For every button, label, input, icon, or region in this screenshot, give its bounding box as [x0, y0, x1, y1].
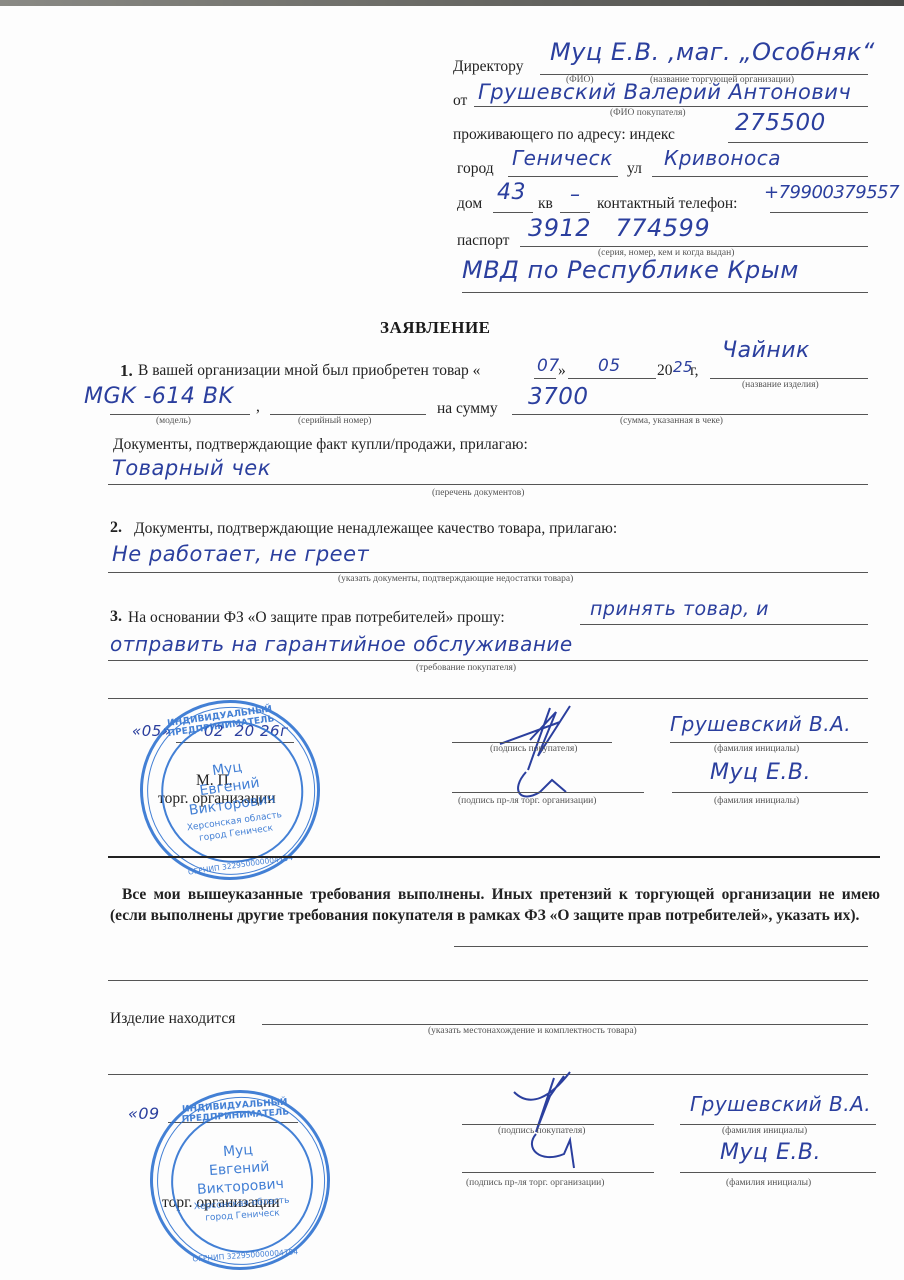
cap-docs: (перечень документов) [432, 488, 524, 498]
passport-label: паспорт [457, 232, 509, 250]
seller-name: Муц Е.В. [710, 760, 811, 785]
cap-buyer-name: (фамилия инициалы) [714, 744, 799, 754]
product-value: Чайник [722, 338, 810, 363]
cap-seller-name-2: (фамилия инициалы) [726, 1178, 811, 1188]
buyer-signature-icon [490, 700, 610, 810]
cap-buyer-sign-2: (подпись покупателя) [498, 1126, 585, 1136]
defects-value: Не работает, не греет [112, 542, 369, 566]
director-value: Муц Е.В. ,маг. „Особняк“ [550, 38, 875, 66]
cap-buyer-sign: (подпись покупателя) [490, 744, 577, 754]
phone-label: контактный телефон: [597, 195, 737, 213]
apt-label: кв [538, 195, 553, 213]
document-title: ЗАЯВЛЕНИЕ [380, 318, 491, 338]
cap-seller-sign: (подпись пр-ля торг. организации) [458, 796, 596, 806]
city-label: город [457, 160, 494, 178]
from-label: от [453, 92, 467, 110]
street-label: ул [627, 160, 642, 178]
cap-location: (указать местонахождение и комплектность… [428, 1026, 637, 1036]
cap-buyer-fio: (ФИО покупателя) [610, 108, 686, 118]
city-value: Геническ [512, 146, 613, 170]
separator [108, 856, 880, 858]
section-1-text: В вашей организации мной был приобретен … [138, 362, 480, 380]
house-value: 43 [497, 180, 526, 205]
buyer-signature-2-icon [500, 1068, 610, 1178]
seal-stamp-2-icon: ИНДИВИДУАЛЬНЫЙ ПРЕДПРИНИМАТЕЛЬ Муц Евген… [144, 1084, 336, 1276]
section-1-num: 1. [120, 361, 133, 381]
year-prefix: 20 [657, 362, 673, 380]
cap-serial: (серийный номер) [298, 416, 371, 426]
docs-label: Документы, подтверждающие факт купли/про… [113, 436, 528, 454]
passport-issuer: МВД по Республике Крым [462, 256, 799, 284]
cap-defects: (указать документы, подтверждающие недос… [338, 574, 573, 584]
passport-value: 3912 774599 [528, 214, 710, 242]
address-label: проживающего по адресу: индекс [453, 126, 675, 144]
section-3-num: 3. [110, 608, 122, 626]
cap-buyer-name-2: (фамилия инициалы) [722, 1126, 807, 1136]
seal-stamp-icon: ИНДИВИДУАЛЬНЫЙ ПРЕДПРИНИМАТЕЛЬ Муц Евген… [128, 688, 331, 891]
cap-model: (модель) [156, 416, 191, 426]
cap-seller-name: (фамилия инициалы) [714, 796, 799, 806]
cap-demand: (требование покупателя) [416, 663, 516, 673]
cap-seller-sign-2: (подпись пр-ля торг. организации) [466, 1178, 604, 1188]
demand-line-1: принять товар, и [590, 598, 769, 620]
buyer-name: Грушевский В.А. [670, 712, 851, 736]
seller-name-2: Муц Е.В. [720, 1140, 821, 1165]
model-value: MGK -614 BK [84, 384, 233, 409]
house-label: дом [457, 195, 482, 213]
street-value: Кривоноса [664, 146, 781, 170]
section-3-text: На основании ФЗ «О защите прав потребите… [128, 609, 505, 627]
year-unit: г, [690, 362, 698, 380]
section-2-text: Документы, подтверждающие ненадлежащее к… [134, 520, 617, 538]
index-value: 275500 [735, 110, 826, 136]
director-label: Директору [453, 58, 523, 76]
buyer-name-2: Грушевский В.А. [690, 1092, 871, 1116]
sum-value: 3700 [528, 384, 589, 410]
demand-line-2: отправить на гарантийное обслуживание [110, 632, 573, 656]
photo-edge [0, 0, 904, 6]
closing-statement: Все мои вышеуказанные требования выполне… [110, 884, 880, 926]
sum-label: на сумму [437, 400, 498, 418]
section-2-num: 2. [110, 519, 122, 537]
purchase-day: 07 [537, 356, 560, 376]
purchase-month: 05 [598, 356, 621, 376]
cap-product: (название изделия) [742, 380, 819, 390]
location-label: Изделие находится [110, 1010, 235, 1028]
cap-sum: (сумма, указанная в чеке) [620, 416, 723, 426]
phone-value: +79900379557 [764, 182, 899, 203]
docs-value: Товарный чек [112, 456, 271, 480]
apt-value: – [570, 182, 581, 206]
from-value: Грушевский Валерий Антонович [478, 80, 851, 104]
